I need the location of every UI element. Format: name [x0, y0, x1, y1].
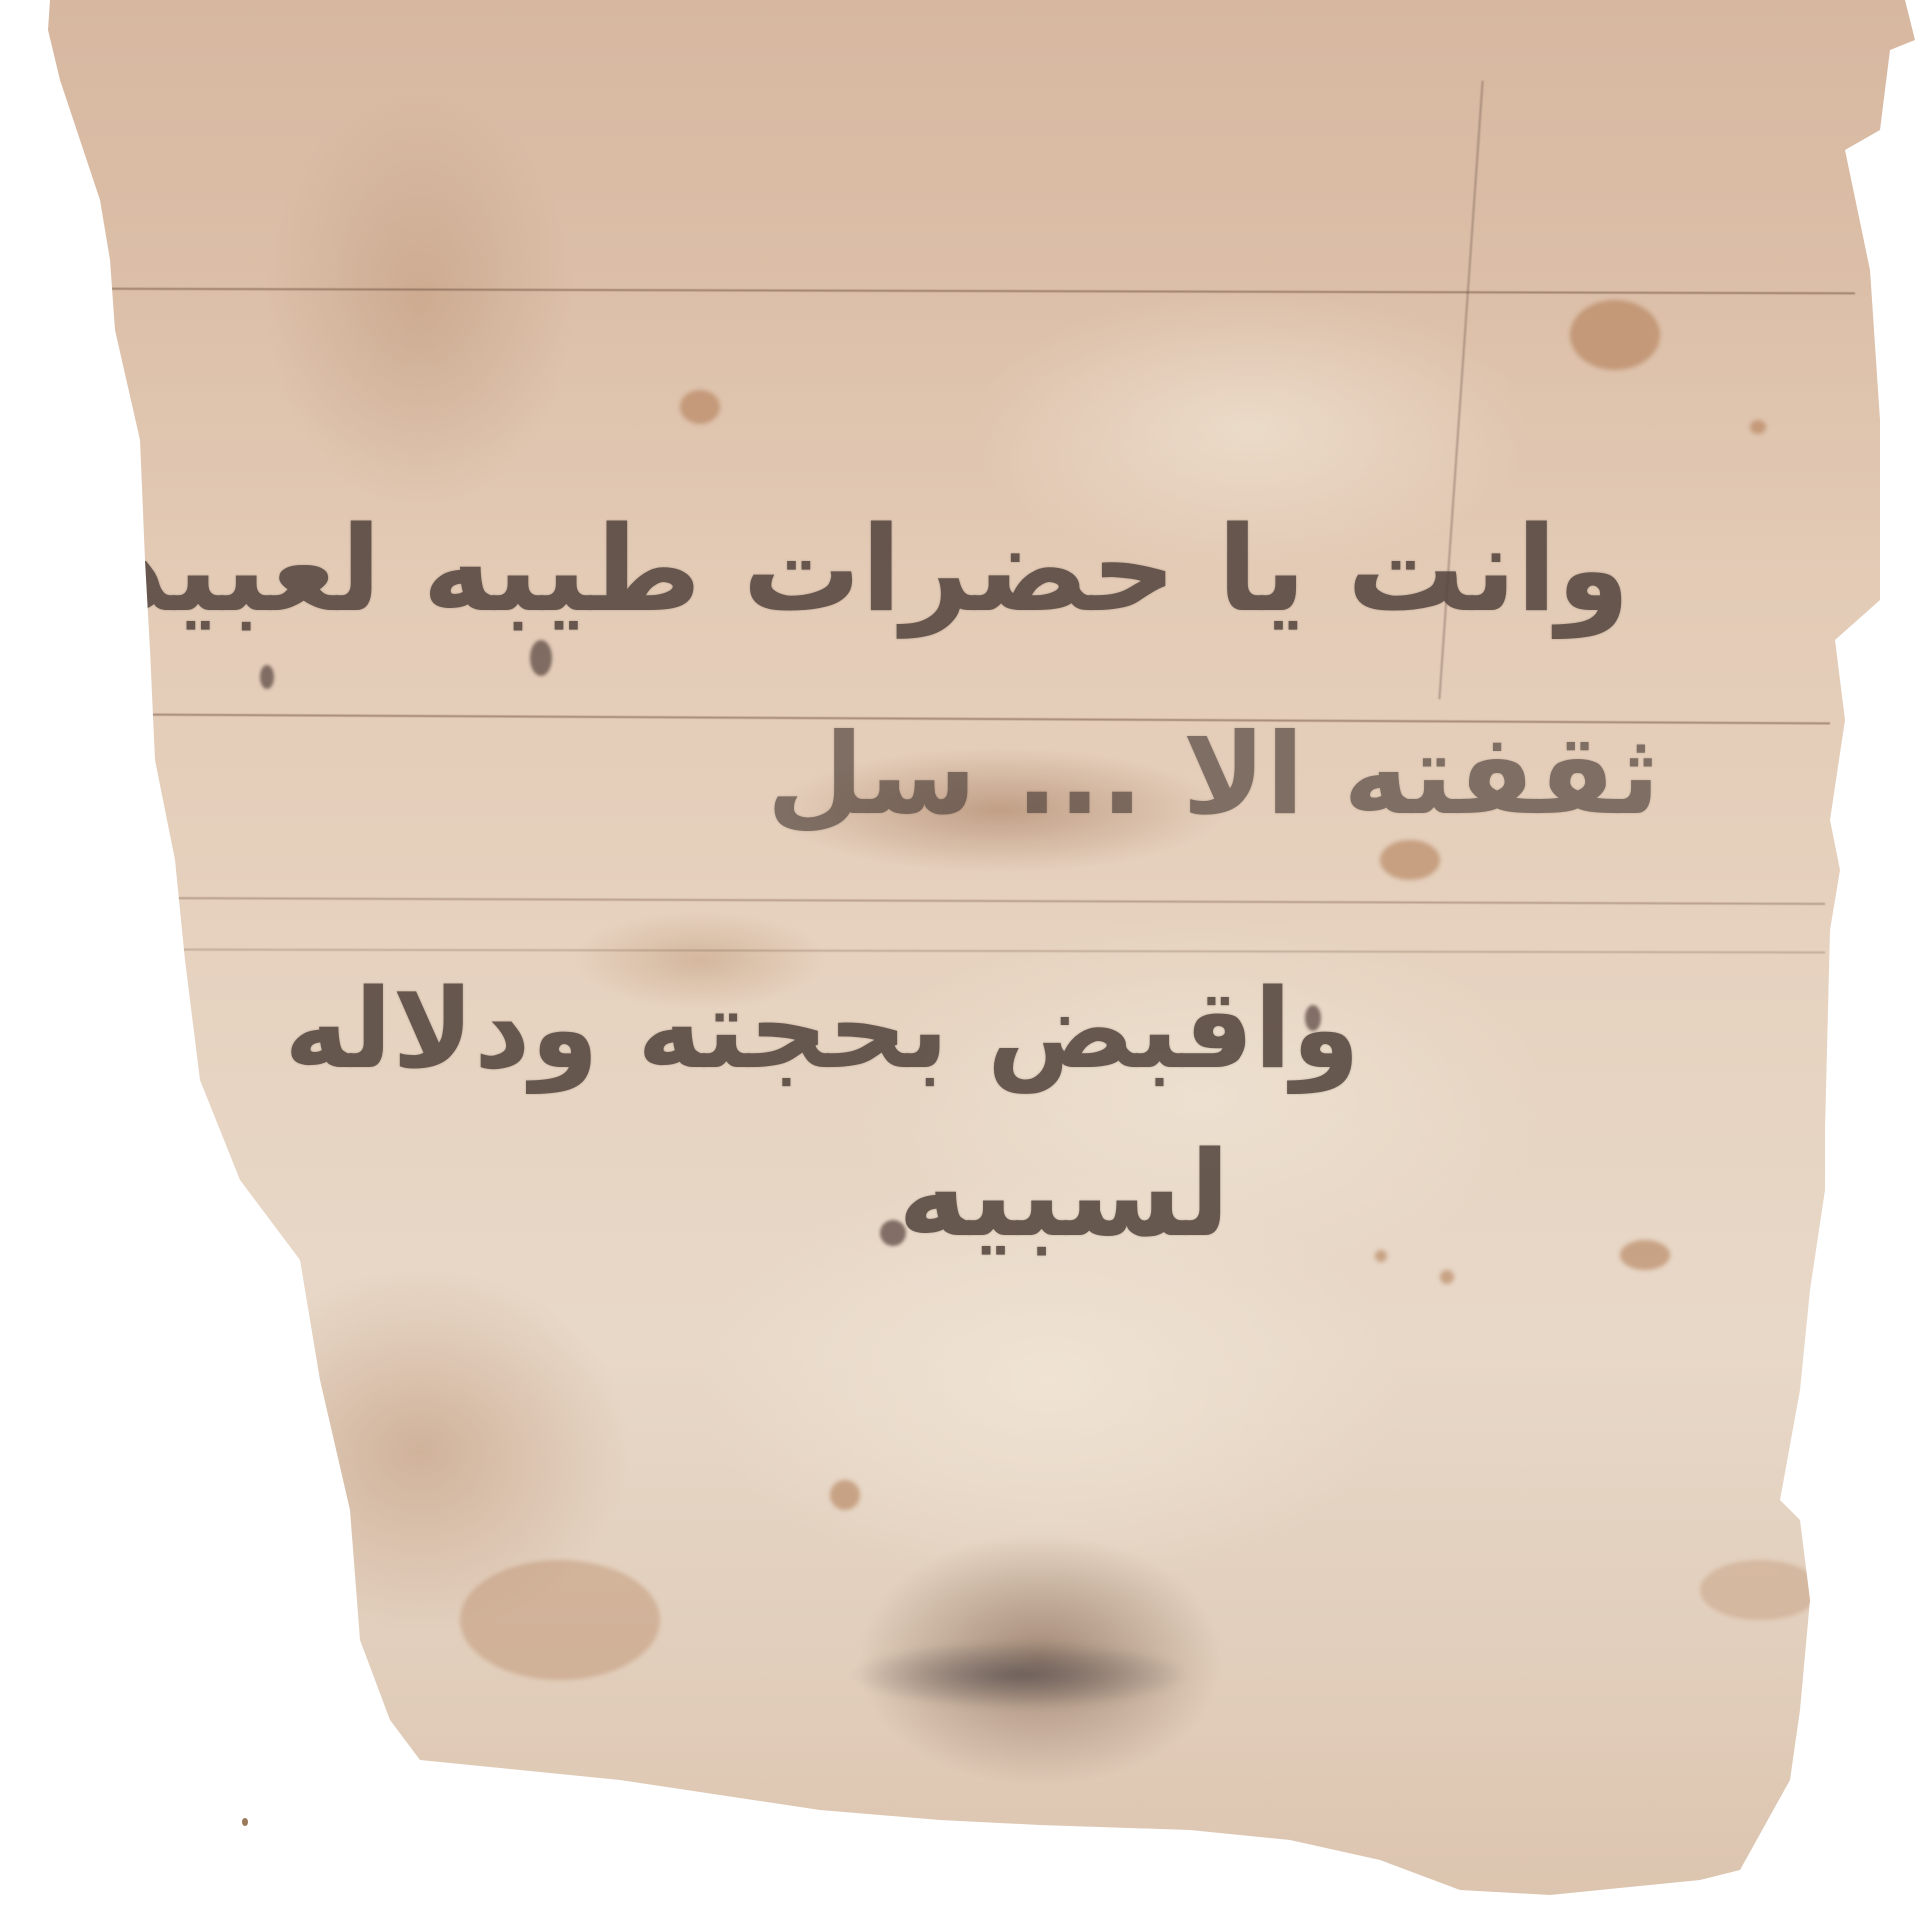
manuscript-line-2: ثقفته الا ... سل — [767, 710, 1660, 840]
manuscript-line-3: واقبض بحجته ودلاله — [284, 965, 1360, 1093]
fold-crease — [175, 949, 1825, 954]
paper-fragment-speck — [242, 1818, 248, 1826]
fold-crease — [165, 897, 1825, 905]
manuscript-fragment: وانت يا حضرات طيبه لعبيد الحاير ثقفته ال… — [0, 0, 1920, 1921]
scan-background: وانت يا حضرات طيبه لعبيد الحاير ثقفته ال… — [0, 0, 1920, 1921]
water-stain — [1570, 300, 1660, 370]
fold-crease — [95, 288, 1855, 295]
water-stain — [1380, 840, 1440, 880]
ink-dot — [1305, 1005, 1321, 1031]
water-stain — [1440, 1270, 1454, 1284]
water-stain — [680, 390, 720, 424]
ink-dot — [530, 640, 552, 676]
water-stain — [1375, 1250, 1387, 1262]
water-stain — [1620, 1240, 1670, 1270]
water-stain — [1750, 420, 1766, 434]
ink-dot — [260, 665, 274, 689]
manuscript-line-1: وانت يا حضرات طيبه لعبيد الحاير — [0, 500, 1630, 638]
water-stain — [460, 1560, 660, 1680]
manuscript-line-4: لسبيه — [898, 1125, 1230, 1263]
water-stain — [1700, 1560, 1820, 1620]
ink-dot — [880, 1220, 906, 1246]
ink-smudge — [850, 1640, 1190, 1710]
water-stain — [830, 1480, 860, 1510]
